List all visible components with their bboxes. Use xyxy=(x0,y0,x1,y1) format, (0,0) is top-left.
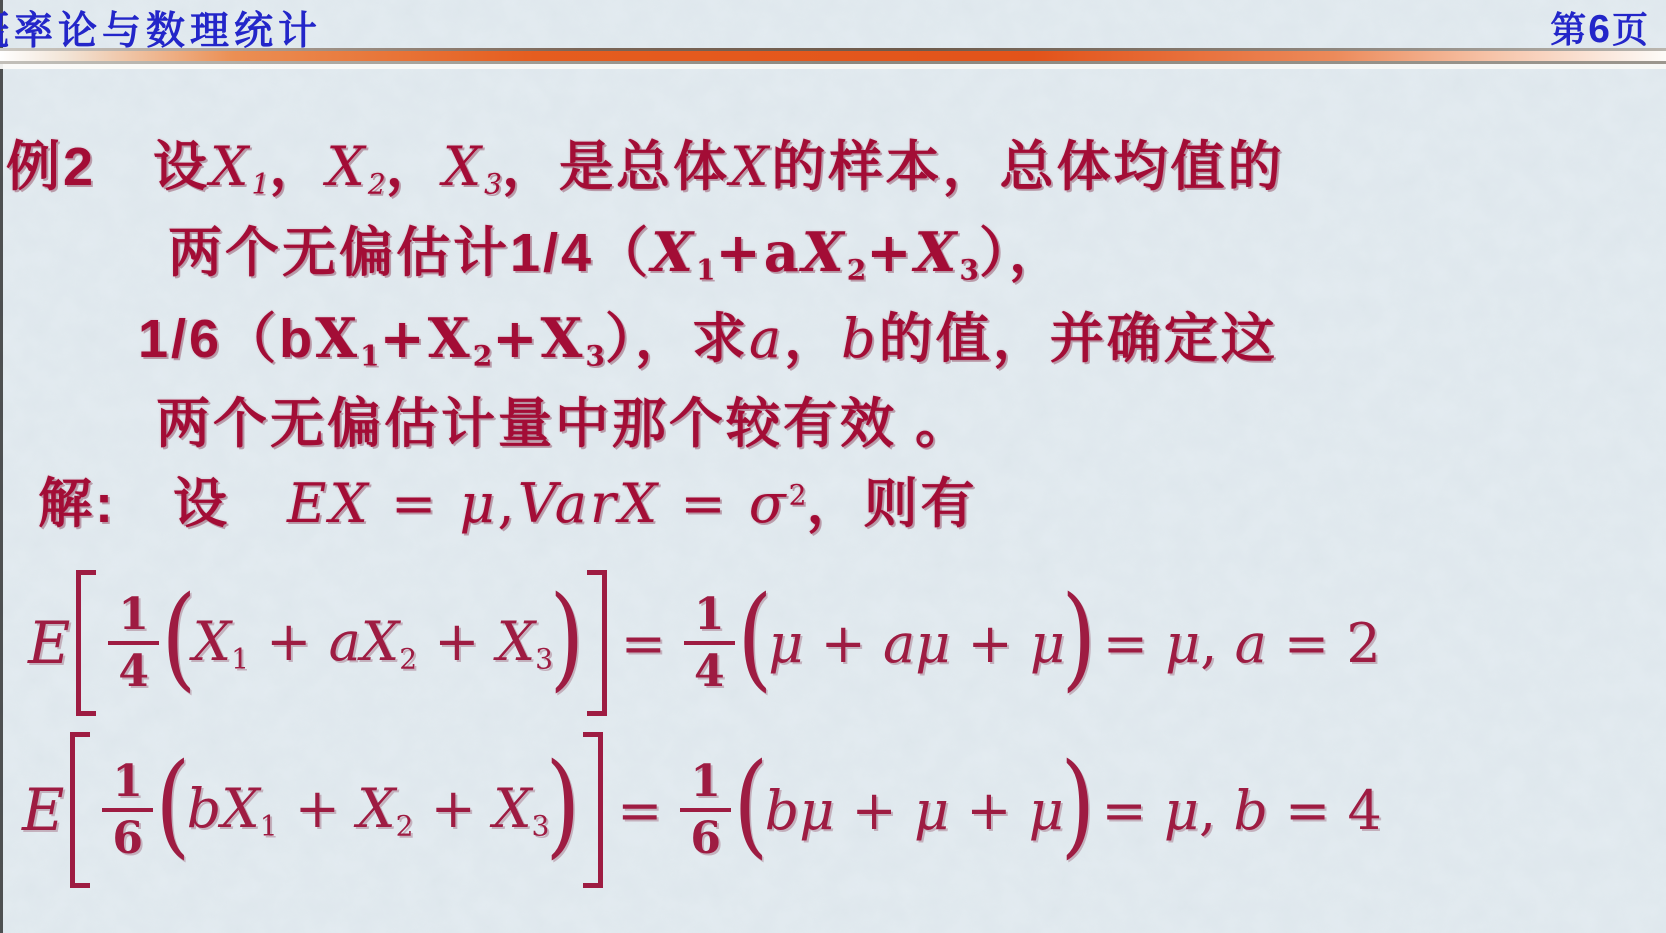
text-segment: 1 xyxy=(231,643,249,676)
text-segment: X xyxy=(493,777,531,840)
text-segment: X xyxy=(443,135,484,198)
text-segment: + xyxy=(417,610,497,673)
text-segment: 1 xyxy=(360,339,380,372)
problem-line-2: 两个无偏估计1/4（X1+aX2+X3）， xyxy=(168,210,1066,287)
text-segment: μ xyxy=(459,472,497,535)
fraction-one-sixth: 1 6 xyxy=(102,757,153,864)
text-segment: 2 xyxy=(396,810,414,843)
text-segment: 设 xyxy=(153,137,210,197)
text-segment: = xyxy=(1101,779,1163,842)
text-segment: 1 xyxy=(696,253,716,286)
text-segment: EX xyxy=(287,472,371,535)
close-paren: ) xyxy=(546,749,581,871)
text-segment: a xyxy=(329,610,361,673)
result-terms: = μ, b = 4 xyxy=(1101,779,1381,842)
right-square-bracket xyxy=(587,570,607,716)
text-segment: 例2 xyxy=(6,137,96,197)
page-number: 6 xyxy=(1588,8,1612,51)
text-segment: μ xyxy=(1164,779,1199,842)
lhs-terms: bX1 + X2 + X3 xyxy=(187,777,550,842)
text-segment: 1 xyxy=(252,167,270,200)
text-segment: ， xyxy=(807,474,864,534)
equation-2: E 1 6 ( bX1 + X2 + X3 ) = 1 6 ( bμ + μ +… xyxy=(22,730,1382,890)
text-segment: X xyxy=(193,610,231,673)
text-segment: = xyxy=(1103,612,1165,675)
text-segment: a xyxy=(1235,612,1267,675)
text-segment: 2 xyxy=(368,167,386,200)
close-paren: ) xyxy=(1060,749,1095,871)
text-segment: + xyxy=(380,306,428,370)
text-segment: ， xyxy=(1009,223,1066,283)
text-segment: 两个无偏估计量中那个较有效 。 xyxy=(156,394,972,454)
fraction-one-fourth-rhs: 1 4 xyxy=(684,590,735,697)
equals-sign: = xyxy=(621,612,666,675)
text-segment: 是总体 xyxy=(559,137,730,197)
left-square-bracket xyxy=(70,732,90,888)
text-segment: X xyxy=(914,220,959,284)
text-segment: + xyxy=(413,777,493,840)
text-segment: μ xyxy=(1029,779,1064,842)
text-segment: = xyxy=(371,472,460,535)
text-segment: 解: xyxy=(38,474,116,534)
text-segment: 2 xyxy=(789,479,807,512)
text-segment: = 2 xyxy=(1267,612,1381,675)
text-segment: （ xyxy=(594,223,651,283)
text-segment: + xyxy=(803,612,883,675)
text-segment: ， xyxy=(269,137,326,197)
text-segment: 设 xyxy=(116,474,287,534)
text-segment: 两个无偏估计 xyxy=(168,223,510,283)
solution-line: 解: 设 EX = μ,VarX = σ2，则有 xyxy=(38,461,978,538)
text-segment: X xyxy=(357,777,395,840)
text-segment: 则有 xyxy=(864,474,978,534)
equals-sign: = xyxy=(617,779,662,842)
text-segment: X xyxy=(428,306,473,370)
text-segment: , xyxy=(498,472,518,535)
rhs-terms: bμ + μ + μ xyxy=(765,779,1064,842)
text-segment: 3 xyxy=(959,253,979,286)
text-segment: a xyxy=(883,612,915,675)
text-segment: , xyxy=(1199,779,1233,842)
text-segment: b xyxy=(765,779,800,842)
text-segment: + xyxy=(949,779,1029,842)
text-segment: X xyxy=(730,135,771,198)
text-segment: 的值，并确定这 xyxy=(879,309,1278,369)
text-segment: + xyxy=(278,777,358,840)
text-segment: ， xyxy=(386,137,443,197)
text-segment: + xyxy=(866,220,914,284)
right-square-bracket xyxy=(583,732,603,888)
equation-1: E 1 4 ( X1 + aX2 + X3 ) = 1 4 ( μ + aμ +… xyxy=(28,568,1381,718)
text-segment: X xyxy=(540,306,585,370)
text-segment: X xyxy=(326,135,367,198)
text-segment: μ xyxy=(1165,612,1200,675)
text-segment: ， xyxy=(502,137,559,197)
text-segment: μ xyxy=(914,779,949,842)
header-divider xyxy=(0,48,1666,69)
text-segment: b xyxy=(1233,779,1268,842)
fraction-one-fourth: 1 4 xyxy=(108,590,159,697)
text-segment: 2 xyxy=(399,643,417,676)
text-segment: σ xyxy=(749,472,789,535)
text-segment: X xyxy=(651,220,696,284)
text-segment: = xyxy=(660,472,749,535)
text-segment: + xyxy=(950,612,1030,675)
text-segment: X xyxy=(497,610,535,673)
text-segment: X xyxy=(361,610,399,673)
text-segment: 3 xyxy=(484,167,502,200)
expectation-symbol: E xyxy=(28,609,70,677)
text-segment: a xyxy=(764,220,802,284)
text-segment: X xyxy=(221,777,259,840)
text-segment: b xyxy=(279,309,315,369)
left-square-bracket xyxy=(76,570,96,716)
problem-line-1: 例2 设X1，X2，X3，是总体X的样本，总体均值的 xyxy=(6,124,1284,201)
text-segment: = 4 xyxy=(1268,779,1382,842)
text-segment: X xyxy=(802,220,847,284)
lhs-terms: X1 + aX2 + X3 xyxy=(193,610,553,675)
text-segment: + xyxy=(834,779,914,842)
text-segment: X xyxy=(315,306,360,370)
screen-left-edge xyxy=(0,0,3,933)
text-segment: , xyxy=(1200,612,1234,675)
text-segment: b xyxy=(187,777,222,840)
close-paren: ) xyxy=(1061,582,1096,704)
fraction-one-sixth-rhs: 1 6 xyxy=(680,757,731,864)
text-segment: 2 xyxy=(847,253,867,286)
text-segment: ， xyxy=(784,309,841,369)
page-prefix: 第 xyxy=(1550,10,1588,50)
text-segment: μ xyxy=(915,612,950,675)
text-segment: ） xyxy=(979,223,1009,283)
text-segment: X xyxy=(210,135,251,198)
text-segment: + xyxy=(492,306,540,370)
text-segment: ，求 xyxy=(635,309,749,369)
result-terms: = μ, a = 2 xyxy=(1103,612,1381,675)
divider-orange-bar xyxy=(0,51,1666,61)
text-segment: 1/4 xyxy=(510,223,594,283)
text-segment: + xyxy=(249,610,329,673)
problem-line-4: 两个无偏估计量中那个较有效 。 xyxy=(156,381,972,458)
divider-highlight xyxy=(0,64,1666,69)
text-segment: μ xyxy=(768,612,803,675)
text-segment: 2 xyxy=(473,339,493,372)
text-segment: 3 xyxy=(585,339,605,372)
open-paren: ( xyxy=(737,582,772,704)
text-segment: 的样本，总体均值的 xyxy=(771,137,1284,197)
open-paren: ( xyxy=(155,749,190,871)
text-segment: b xyxy=(841,307,879,370)
text-segment: μ xyxy=(1030,612,1065,675)
close-paren: ) xyxy=(549,582,584,704)
lecture-slide: 概率论与数理统计 第6页 例2 设X1，X2，X3，是总体X的样本，总体均值的 … xyxy=(0,0,1666,933)
problem-line-3: 1/6（bX1+X2+X3），求a，b的值，并确定这 xyxy=(138,296,1278,373)
text-segment: 1 xyxy=(260,810,278,843)
page-number-label: 第6页 xyxy=(1550,2,1650,53)
text-segment: （ xyxy=(222,309,279,369)
text-segment: VarX xyxy=(518,472,661,535)
text-segment: + xyxy=(716,220,764,284)
text-segment: ） xyxy=(605,309,635,369)
page-suffix: 页 xyxy=(1612,10,1650,50)
open-paren: ( xyxy=(733,749,768,871)
text-segment xyxy=(96,137,153,197)
text-segment: 1/6 xyxy=(138,309,222,369)
open-paren: ( xyxy=(161,582,196,704)
expectation-symbol: E xyxy=(22,776,64,844)
rhs-terms: μ + aμ + μ xyxy=(768,612,1065,675)
text-segment: μ xyxy=(799,779,834,842)
text-segment: a xyxy=(749,307,784,370)
